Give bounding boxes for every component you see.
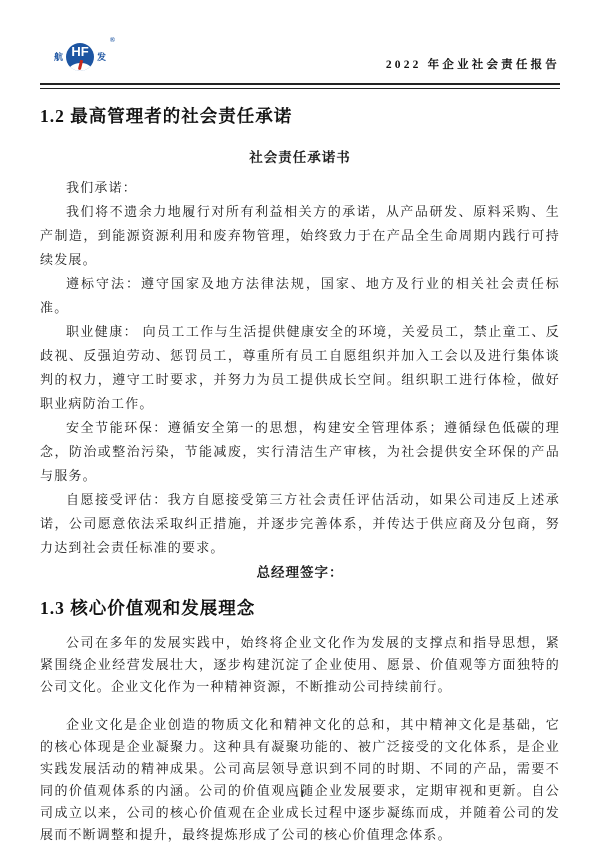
logo-monogram: HF <box>66 45 94 59</box>
paragraph: 职业健康： 向员工工作与生活提供健康安全的环境，关爱员工，禁止童工、反歧视、反强… <box>40 320 560 416</box>
paragraph: 我们将不遗余力地履行对所有利益相关方的承诺，从产品研发、原料采购、生产制造，到能… <box>40 200 560 272</box>
logo-left-char: 航 <box>54 52 63 62</box>
registered-trademark-icon: ® <box>110 36 115 44</box>
logo-right-char: 发 <box>97 52 106 62</box>
report-title: 2022 年企业社会责任报告 <box>386 56 560 74</box>
document-page: 航 HF 发 ® 2022 年企业社会责任报告 1.2 最高管理者的社会责任承诺… <box>0 0 600 848</box>
page-number: 11 <box>0 789 600 800</box>
paragraph: 遵标守法：遵守国家及地方法律法规，国家、地方及行业的相关社会责任标准。 <box>40 272 560 320</box>
paragraph: 企业文化是企业创造的物质文化和精神文化的总和，其中精神文化是基础，它的核心体现是… <box>40 714 560 846</box>
section-heading-1-3: 1.3 核心价值观和发展理念 <box>40 596 560 620</box>
header-divider-rule <box>40 83 560 89</box>
paragraph: 安全节能环保：遵循安全第一的思想，构建安全管理体系；遵循绿色低碳的理念，防治或整… <box>40 416 560 488</box>
paragraph: 我们承诺： <box>40 176 560 200</box>
page-content: 1.2 最高管理者的社会责任承诺 社会责任承诺书 我们承诺： 我们将不遗余力地履… <box>0 104 600 846</box>
general-manager-signature-line: 总经理签字： <box>40 564 560 582</box>
paragraph: 自愿接受评估：我方自愿接受第三方社会责任评估活动，如果公司违反上述承诺，公司愿意… <box>40 488 560 560</box>
paragraph: 公司在多年的发展实践中，始终将企业文化作为发展的支撑点和指导思想，紧紧围绕企业经… <box>40 632 560 698</box>
commitment-letter-subtitle: 社会责任承诺书 <box>40 149 560 167</box>
report-header: 航 HF 发 ® 2022 年企业社会责任报告 <box>0 0 600 74</box>
company-logo: 航 HF 发 ® <box>54 40 106 74</box>
logo-circle-icon: HF <box>66 43 94 71</box>
section-heading-1-2: 1.2 最高管理者的社会责任承诺 <box>40 104 560 128</box>
